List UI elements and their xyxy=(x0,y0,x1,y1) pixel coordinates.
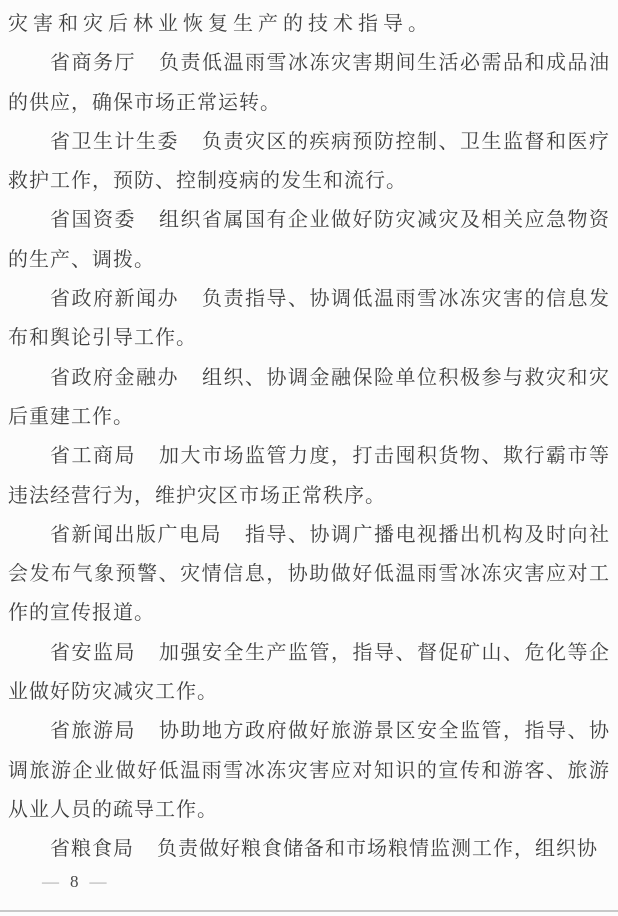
department-name: 省卫生计生委 xyxy=(50,131,179,153)
department-name: 省政府新闻办 xyxy=(50,288,179,310)
paragraph: 省新闻出版广电局指导、协调广播电视播出机构及时向社会发布气象预警、灾情信息，协助… xyxy=(8,516,610,634)
paragraph: 省旅游局协助地方政府做好旅游景区安全监管，指导、协调旅游企业做好低温雨雪冰冻灾害… xyxy=(8,712,610,830)
department-name: 省粮食局 xyxy=(50,838,134,860)
paragraph: 省商务厅负责低温雨雪冰冻灾害期间生活必需品和成品油的供应，确保市场正常运转。 xyxy=(8,44,610,123)
document-body: 灾害和灾后林业恢复生产的技术指导。 省商务厅负责低温雨雪冰冻灾害期间生活必需品和… xyxy=(8,5,610,870)
paragraph-text: 负责做好粮食储备和市场粮情监测工作，组织协 xyxy=(157,838,598,860)
department-name: 省安监局 xyxy=(50,642,136,664)
footer-dash-left: — xyxy=(33,872,70,891)
footer-dash-right: — xyxy=(81,872,118,891)
paragraph: 省政府新闻办负责指导、协调低温雨雪冰冻灾害的信息发布和舆论引导工作。 xyxy=(8,280,610,359)
paragraph-text: 灾害和灾后林业恢复生产的技术指导。 xyxy=(8,13,433,35)
department-name: 省新闻出版广电局 xyxy=(50,524,222,546)
paragraph: 省安监局加强安全生产监管，指导、督促矿山、危化等企业做好防灾减灾工作。 xyxy=(8,634,610,713)
scan-edge-line xyxy=(0,910,618,912)
paragraph: 省卫生计生委负责灾区的疾病预防控制、卫生监督和医疗救护工作，预防、控制疫病的发生… xyxy=(8,123,610,202)
department-name: 省工商局 xyxy=(50,445,136,467)
paragraph: 灾害和灾后林业恢复生产的技术指导。 xyxy=(8,5,610,44)
department-name: 省政府金融办 xyxy=(50,367,179,389)
page-number: 8 xyxy=(70,872,81,891)
paragraph: 省国资委组织省属国有企业做好防灾减灾及相关应急物资的生产、调拨。 xyxy=(8,201,610,280)
paragraph: 省工商局加大市场监管力度，打击囤积货物、欺行霸市等违法经营行为，维护灾区市场正常… xyxy=(8,437,610,516)
department-name: 省旅游局 xyxy=(50,720,136,742)
paragraph: 省政府金融办组织、协调金融保险单位积极参与救灾和灾后重建工作。 xyxy=(8,359,610,438)
department-name: 省商务厅 xyxy=(50,52,136,74)
page-footer: —8— xyxy=(33,872,118,892)
department-name: 省国资委 xyxy=(50,209,136,231)
paragraph: 省粮食局负责做好粮食储备和市场粮情监测工作，组织协 xyxy=(8,830,610,869)
